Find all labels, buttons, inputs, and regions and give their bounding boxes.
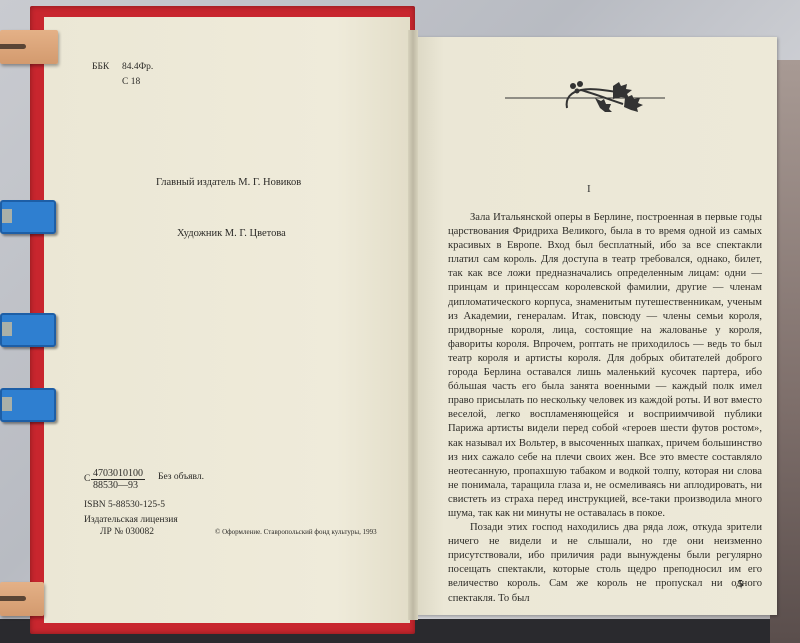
catalog-fraction: 4703010100 88530—93 (91, 468, 145, 491)
copyright-line: © Оформление. Ставропольский фонд культу… (215, 528, 377, 536)
catalog-denominator: 88530—93 (91, 480, 145, 491)
holly-ornament-icon (505, 76, 665, 116)
bbk-code: 84.4Фр. (122, 62, 153, 72)
chief-publisher: Главный издатель М. Г. Новиков (156, 177, 301, 188)
chapter-body: Зала Итальянской оперы в Берлине, постро… (448, 211, 762, 606)
license-label: Издательская лицензия (84, 515, 178, 525)
artist-credit: Художник М. Г. Цветова (177, 228, 286, 239)
bbk-label: ББК (92, 62, 109, 72)
catalog-numerator: 4703010100 (91, 468, 145, 480)
wooden-clip-bottom (0, 582, 44, 616)
blue-clip-3 (0, 388, 56, 422)
page-number: 5 (738, 579, 743, 590)
catalog-letter: С (84, 474, 90, 484)
book-gutter (408, 30, 418, 620)
blue-clip-1 (0, 200, 56, 234)
chapter-numeral: I (587, 183, 591, 195)
isbn: ISBN 5-88530-125-5 (84, 500, 165, 510)
paragraph-2: Позади этих господ находились два ряда л… (448, 521, 762, 606)
paragraph-1: Зала Итальянской оперы в Берлине, постро… (448, 211, 762, 521)
license-number: ЛР № 030082 (100, 527, 154, 537)
no-announcement: Без объявл. (158, 472, 204, 482)
author-mark: С 18 (122, 77, 140, 87)
wooden-clip-top (0, 30, 58, 64)
blue-clip-2 (0, 313, 56, 347)
